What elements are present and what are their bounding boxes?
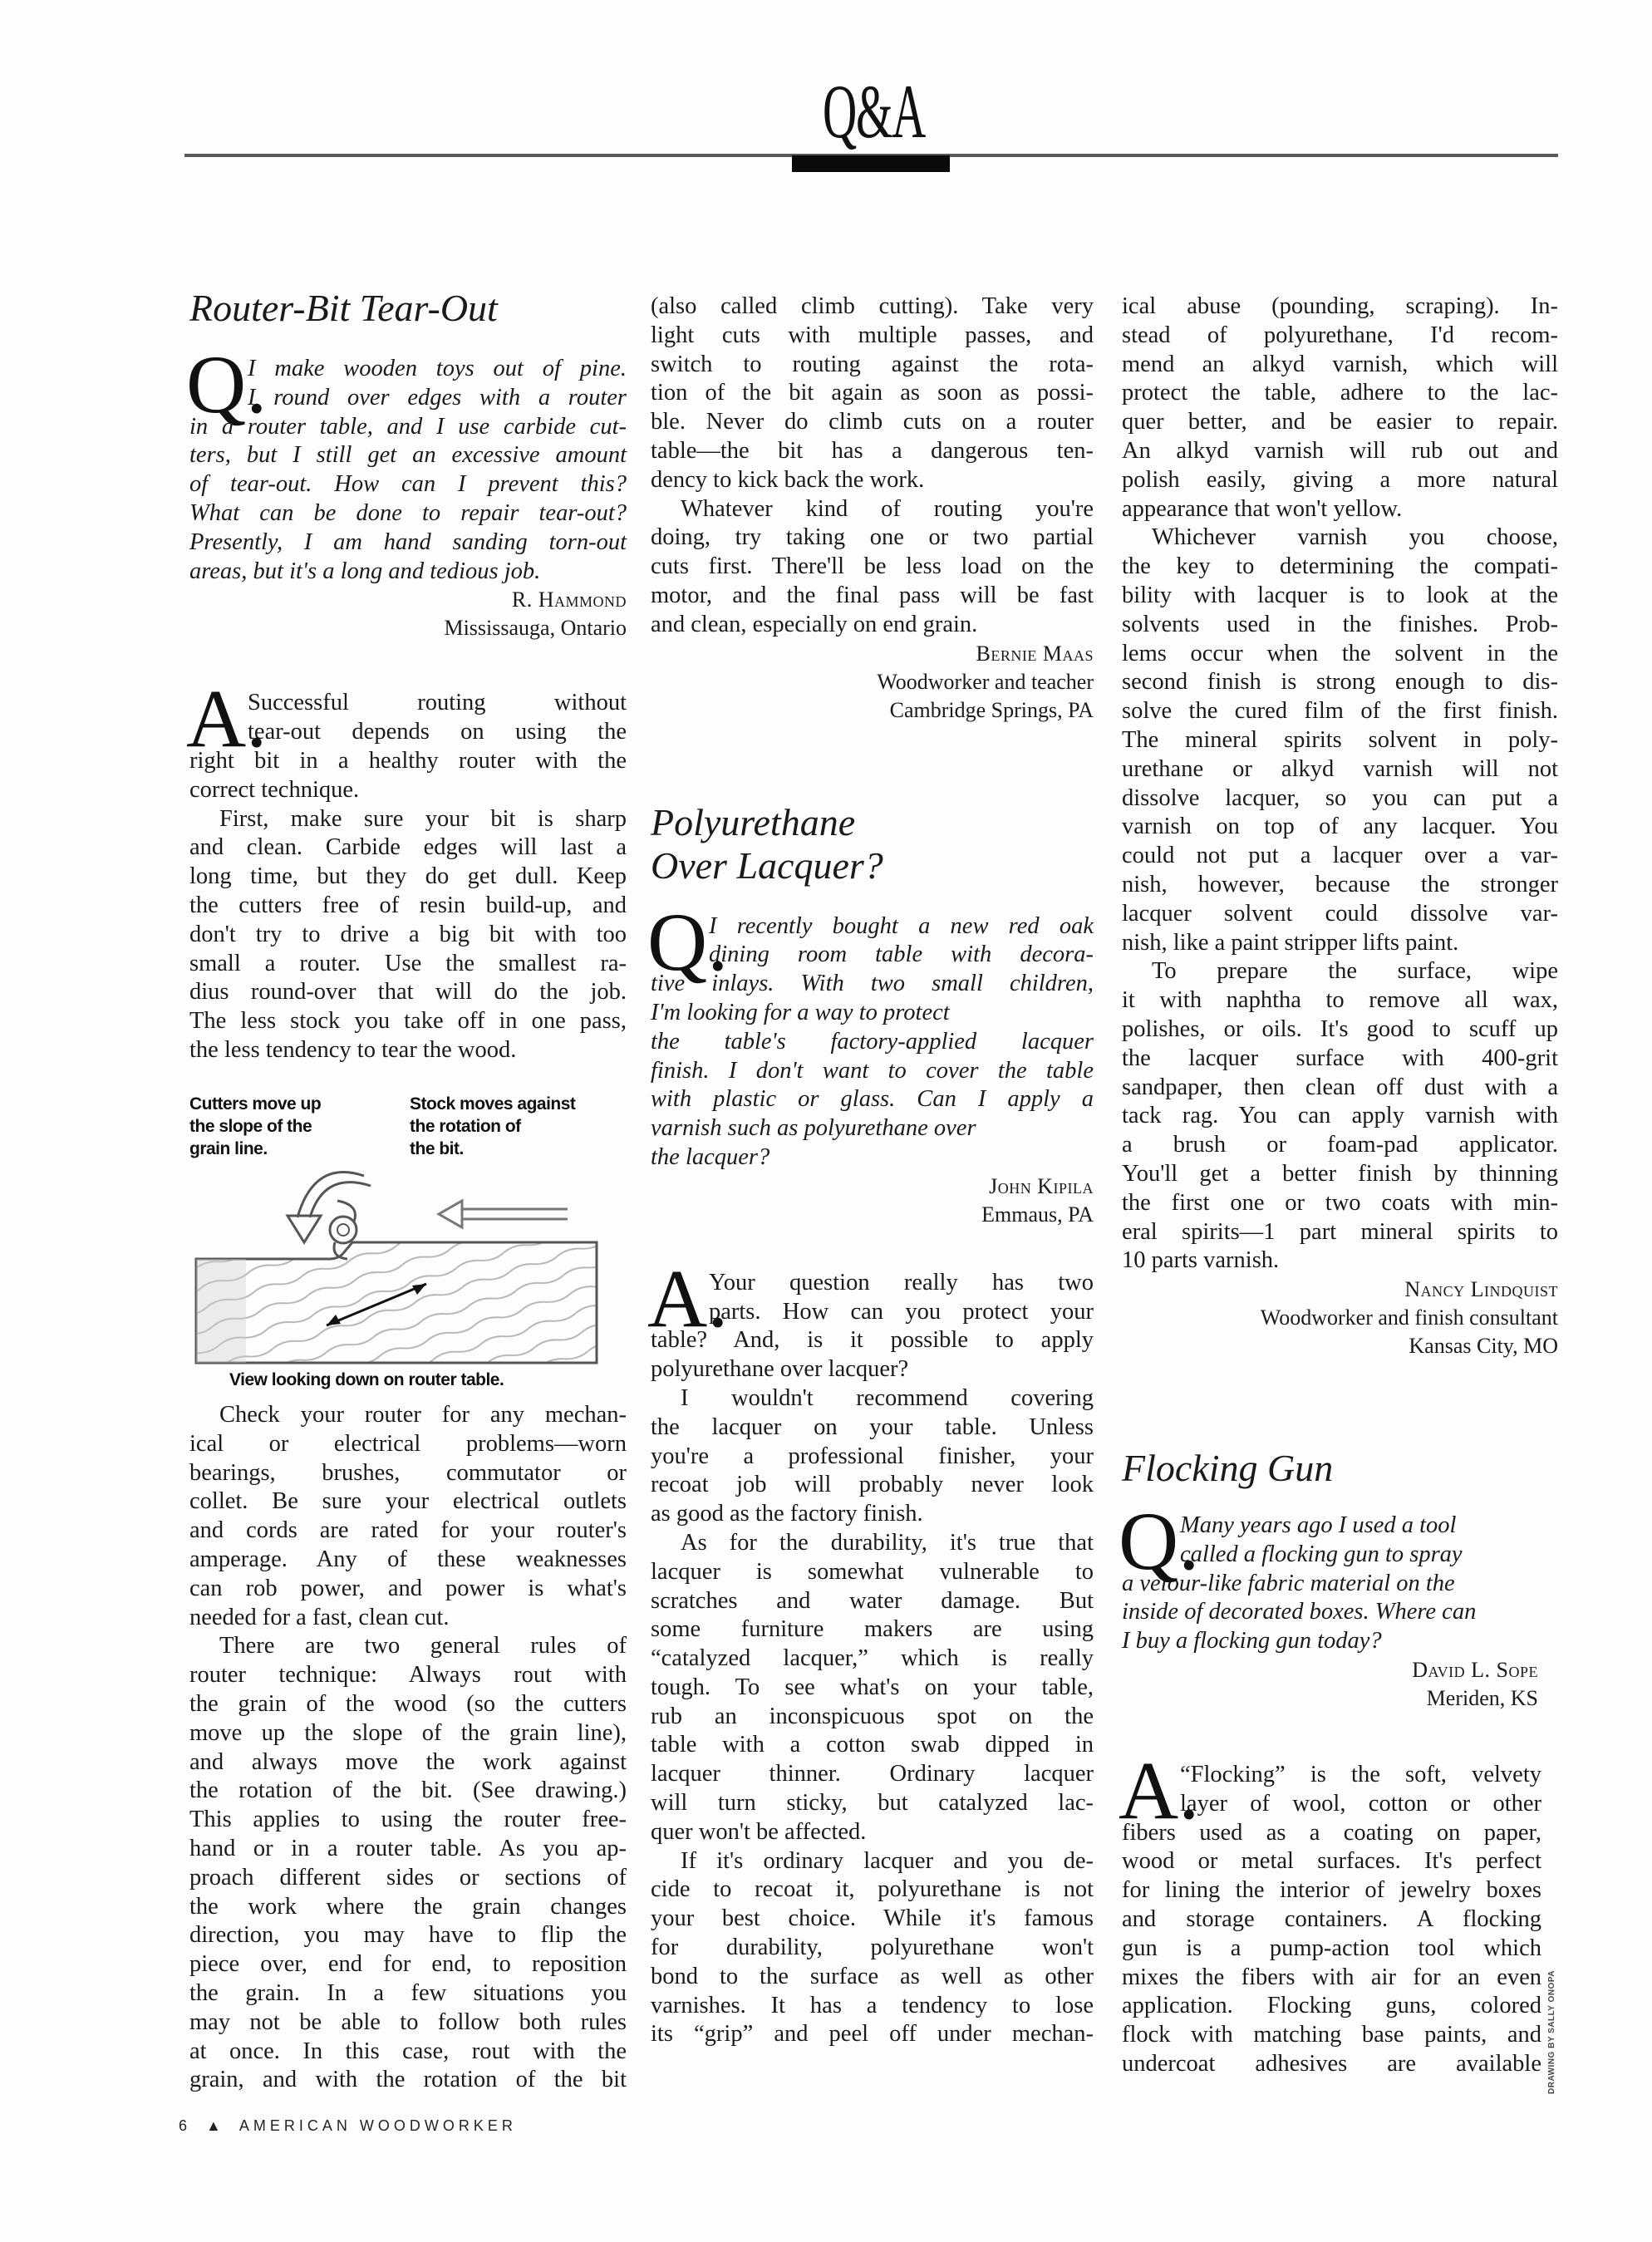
article-title: Router-Bit Tear-Out [189, 287, 627, 330]
illustration-credit: DRAWING BY SALLY ONOPA [1547, 1970, 1556, 2094]
column-2: (also called climb cutting). Take very l… [651, 293, 1094, 2049]
author-name: Nancy Lindquist [1122, 1276, 1558, 1304]
section-header-title: Q&A [823, 73, 925, 150]
author-name: R. Hammond [189, 586, 627, 614]
drop-cap-a: A. [1119, 1749, 1199, 1832]
author-role: Woodworker and finish consultant [1122, 1304, 1558, 1332]
column-1: Router-Bit Tear-Out Q. I make wooden toy… [189, 287, 627, 1065]
router-diagram: Cutters move up the slope of the grain l… [189, 1093, 627, 1392]
drop-cap-a: A. [186, 677, 267, 760]
triangle-icon: ▲ [206, 2117, 225, 2135]
question-block: Q. I make wooden toys out of pine. I rou… [189, 355, 627, 586]
page-number: 6 [179, 2117, 191, 2134]
answer-signature: Nancy Lindquist Woodworker and finish co… [1122, 1276, 1558, 1360]
figure-caption: View looking down on router table. [229, 1369, 504, 1391]
author-role: Woodworker and teacher [651, 668, 1094, 696]
article-2-title: Polyurethane Over Lacquer? [651, 801, 1094, 887]
answer-signature: Bernie Maas Woodworker and teacher Cambr… [651, 640, 1094, 725]
router-table-drawing [189, 1093, 627, 1367]
author-location: Emmaus, PA [651, 1201, 1094, 1229]
answer-block: A. Your question really has two parts. H… [651, 1269, 1094, 2050]
page-footer: 6 ▲ AMERICAN WOODWORKER [179, 2117, 517, 2135]
header-rule-block [792, 155, 950, 172]
magazine-name: AMERICAN WOODWORKER [239, 2117, 517, 2134]
answer-block: A. “Flocking” is the soft, velvety layer… [1122, 1761, 1541, 2079]
drop-cap-q: Q. [647, 901, 728, 984]
column-1-continued: Check your router for any mechan- ical o… [189, 1401, 627, 2095]
author-location: Kansas City, MO [1122, 1332, 1558, 1360]
author-location: Mississauga, Ontario [189, 614, 627, 642]
question-signature: John Kipila Emmaus, PA [651, 1173, 1094, 1229]
author-location: Meriden, KS [1122, 1684, 1538, 1713]
answer-block: A. Successful routing without tear-out d… [189, 689, 627, 1064]
drop-cap-q: Q. [186, 343, 267, 426]
question-signature: David L. Sope Meriden, KS [1122, 1656, 1558, 1713]
question-block: Q. I recently bought a new red oak dinin… [651, 912, 1094, 1173]
author-name: David L. Sope [1122, 1656, 1538, 1684]
author-name: John Kipila [651, 1173, 1094, 1201]
question-block: Q. Many years ago I used a tool called a… [1122, 1512, 1558, 1656]
author-location: Cambridge Springs, PA [651, 696, 1094, 725]
article-title: Flocking Gun [1122, 1447, 1558, 1490]
column-3: ical abuse (pounding, scraping). In- ste… [1122, 293, 1558, 2079]
author-name: Bernie Maas [651, 640, 1094, 668]
drop-cap-a: A. [647, 1257, 728, 1340]
drop-cap-q: Q. [1119, 1500, 1199, 1583]
question-signature: R. Hammond Mississauga, Ontario [189, 586, 627, 642]
